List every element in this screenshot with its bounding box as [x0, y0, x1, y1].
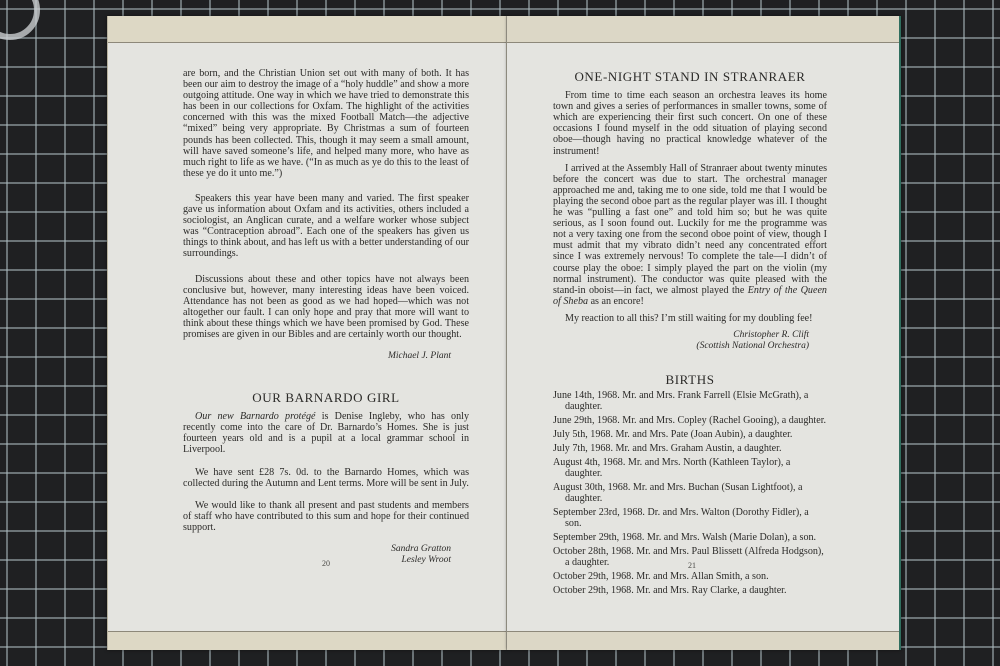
birth-entry: August 4th, 1968. Mr. and Mrs. North (Ka… [553, 457, 827, 479]
open-booklet: are born, and the Christian Union set ou… [97, 16, 907, 650]
page-bottom-edge [108, 631, 508, 650]
section-title-births: BIRTHS [553, 374, 827, 385]
page-bottom-edge [507, 631, 899, 650]
left-page: are born, and the Christian Union set ou… [107, 16, 508, 650]
christian-union-paragraph: Discussions about these and other topics… [183, 274, 469, 341]
section-title-stranraer: ONE-NIGHT STAND IN STRANRAER [553, 71, 827, 82]
christian-union-paragraph: Speakers this year have been many and va… [183, 193, 469, 260]
right-page: ONE-NIGHT STAND IN STRANRAER From time t… [507, 16, 901, 650]
page-top-edge [507, 16, 899, 43]
cable-object [0, 0, 40, 40]
section-title-barnardo: OUR BARNARDO GIRL [183, 392, 469, 403]
stranraer-paragraph-text: I arrived at the Assembly Hall of Stranr… [553, 163, 827, 296]
page-number-left: 20 [322, 559, 330, 568]
author-signature: Michael J. Plant [183, 351, 451, 362]
page-top-edge [108, 16, 508, 43]
barnardo-intro-italic: Our new Barnardo protégé [195, 411, 316, 422]
birth-entry: October 29th, 1968. Mr. and Mrs. Allan S… [553, 571, 827, 582]
signature-sandra: Sandra Gratton [183, 544, 451, 555]
birth-entry: August 30th, 1968. Mr. and Mrs. Buchan (… [553, 482, 827, 504]
birth-entry: September 29th, 1968. Mr. and Mrs. Walsh… [553, 532, 827, 543]
barnardo-paragraph: We have sent £28 7s. 0d. to the Barnardo… [183, 467, 469, 489]
stranraer-paragraph: From time to time each season an orchest… [553, 90, 827, 157]
birth-entry: July 7th, 1968. Mr. and Mrs. Graham Aust… [553, 443, 827, 454]
birth-entry: September 23rd, 1968. Dr. and Mrs. Walto… [553, 507, 827, 529]
barnardo-paragraph: We would like to thank all present and p… [183, 500, 469, 533]
birth-entry: June 14th, 1968. Mr. and Mrs. Frank Farr… [553, 390, 827, 412]
birth-entry: June 29th, 1968. Mr. and Mrs. Copley (Ra… [553, 415, 827, 426]
christian-union-paragraph: are born, and the Christian Union set ou… [183, 68, 469, 179]
stranraer-paragraph-end: as an encore! [588, 296, 644, 307]
left-page-content: are born, and the Christian Union set ou… [183, 68, 469, 578]
barnardo-intro: Our new Barnardo protégé is Denise Ingle… [183, 411, 469, 455]
stranraer-paragraph: I arrived at the Assembly Hall of Stranr… [553, 163, 827, 307]
birth-entry: July 5th, 1968. Mr. and Mrs. Pate (Joan … [553, 429, 827, 440]
right-page-content: ONE-NIGHT STAND IN STRANRAER From time t… [553, 71, 827, 599]
author-affiliation: (Scottish National Orchestra) [553, 341, 809, 352]
author-signature: Christopher R. Clift [553, 330, 809, 341]
signature-lesley: Lesley Wroot [183, 555, 451, 566]
birth-entry: October 29th, 1968. Mr. and Mrs. Ray Cla… [553, 585, 827, 596]
stranraer-closing: My reaction to all this? I’m still waiti… [553, 313, 827, 324]
page-number-right: 21 [688, 561, 696, 570]
